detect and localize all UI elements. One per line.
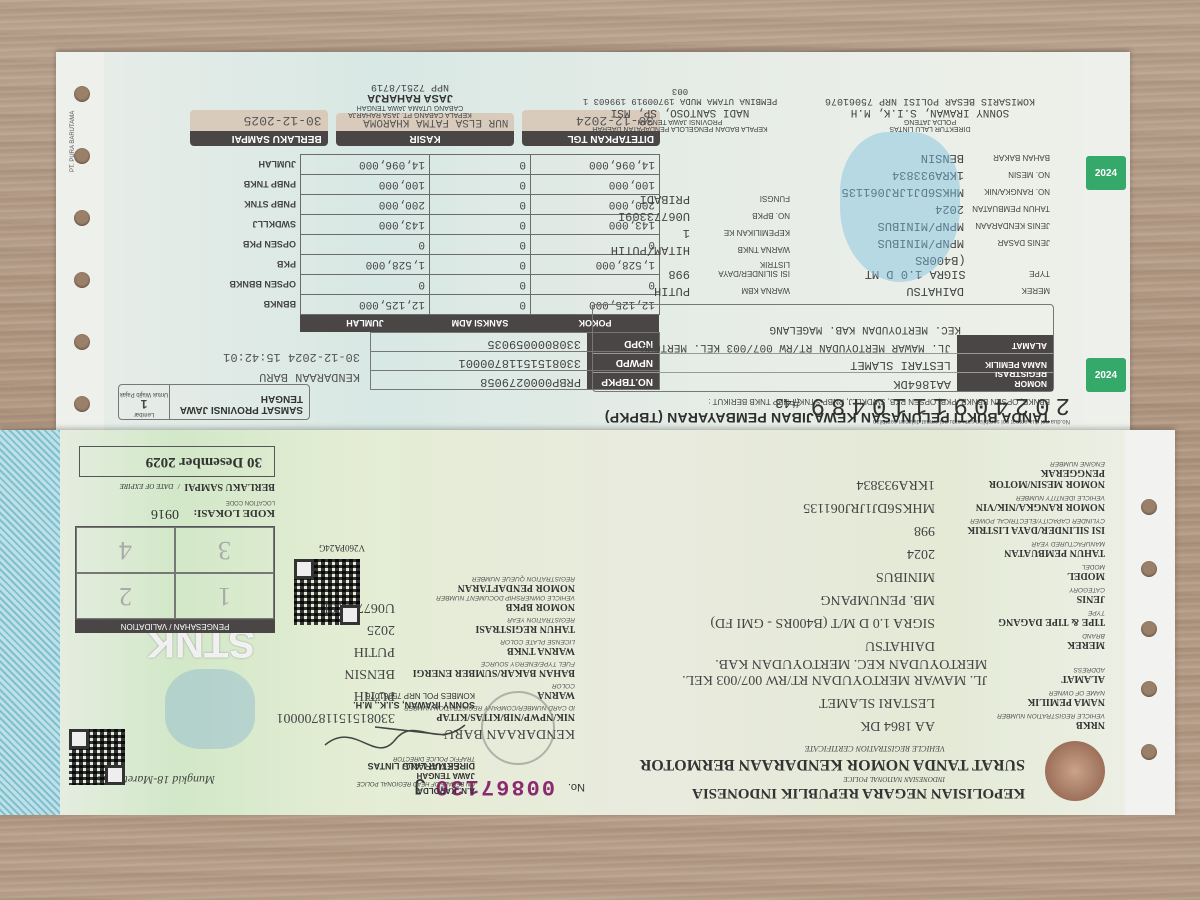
field-sublabel: REGISTRATION QUEUE NUMBER	[395, 575, 575, 582]
sig-on-behalf-en: ON BEHALF OF HEAD REGIONAL POLICE	[235, 780, 475, 786]
owner-box: NOMOR REGISTRASI AA1864DK NAMA PEMILIK L…	[592, 304, 1054, 392]
perforation-hole	[1141, 744, 1157, 760]
perforation-hole	[74, 272, 90, 288]
kasir-label: KASIR	[336, 131, 515, 146]
payment-cell-sanksi: 0	[430, 215, 531, 235]
field-value: 2025	[367, 621, 395, 637]
owner-label: NOMOR REGISTRASI	[957, 373, 1053, 391]
validation-block: PENGESAHAN / VALIDATION 1 2 3 4	[75, 526, 275, 633]
plate-number: AA1864DK	[893, 373, 957, 391]
tbpkp-subtitle: BBNKB, OPSEN BBNKB, PKB, OPSEN PKB, SWDK…	[708, 397, 1050, 406]
field-label: JENIS	[935, 593, 1105, 604]
field-label-wrap: NRKBVEHICLE REGISTRATION NUMBER	[935, 712, 1105, 730]
qr-code-text: V260PA24G	[319, 543, 365, 553]
field-value: MHKS6DJ1JRJ061135	[803, 499, 935, 515]
id-value: PRBP0000279058	[480, 371, 587, 389]
perforation-hole	[74, 334, 90, 350]
field-label-wrap: TIPE & TIPE DAGANGTYPE	[935, 609, 1105, 627]
sig-role: KEPALA CABANG PT. JASA RAHARJA	[230, 111, 590, 118]
sig-name: SONNY IRAWAN, S.I.K., M.H.	[235, 700, 475, 710]
field-value: AA 1864 DK	[860, 717, 935, 733]
field-label: KEPEMILIKAN KE	[690, 228, 790, 237]
field-label-wrap: TAHUN PEMBUATANMANUFACTURED YEAR	[935, 540, 1105, 558]
location-label: KODE LOKASI:	[193, 507, 275, 519]
security-pattern	[0, 430, 60, 815]
expire-label: BERLAKU SAMPAI	[184, 481, 275, 492]
field-sublabel: FUEL TYPE/ENERGY SOURCE	[395, 660, 575, 667]
payment-cell-jumlah: 0	[300, 275, 429, 295]
stnk-no-label: No.	[568, 781, 585, 793]
perforation-hole	[74, 396, 90, 412]
field-label-wrap: TYPE	[966, 269, 1050, 278]
stnk-certificate: KEPOLISIAN NEGARA REPUBLIK INDONESIA IND…	[0, 430, 1175, 815]
field-label: TIPE & TIPE DAGANG	[935, 616, 1105, 627]
payment-cell-sanksi: 0	[430, 255, 531, 275]
field-label-wrap: WARNA KBM	[690, 286, 790, 295]
field-row: NO. BPKBU06773309I	[590, 209, 790, 223]
printer-label: PT. PURA BARUTAMA	[70, 111, 76, 172]
field-label: NO. BPKB	[690, 211, 790, 220]
validation-box: 1	[175, 573, 274, 619]
korlantas-logo-icon	[165, 669, 255, 749]
tbpkp-title: TANDA BUKTI PELUNASAN KEWAJIBAN PEMBAYAR…	[605, 410, 1050, 426]
validation-label: PENGESAHAN / VALIDATION	[75, 620, 275, 633]
field-value: PUTIH	[354, 643, 395, 659]
field-label-wrap: NOMOR RANGKA/NIK/VINVEHICLE IDENTITY NUM…	[935, 494, 1105, 512]
tbpkp-side-strip: 2024 2024	[1082, 52, 1130, 432]
sig-org: CABANG UTAMA JAWA TENGAH	[230, 104, 590, 111]
perforation-hole	[1141, 621, 1157, 637]
field-label-wrap: NO. BPKB	[690, 211, 790, 220]
col-sanksi: SANKSI ADM	[430, 315, 531, 333]
payment-cell-jumlah: 143,000	[300, 215, 429, 235]
owner-label: NAMA PEMILIK	[957, 354, 1053, 372]
id-value: 3308000059035	[487, 333, 587, 351]
vehicle-fields-right: WARNA KBMPUTIHISI SILINDER/DAYA LISTRIK9…	[590, 189, 790, 298]
sig-role: KEPALA BADAN PENGELOLA PENDAPATAN DAERAH	[580, 125, 780, 132]
field-label-wrap: JENISCATEGORY	[935, 586, 1105, 604]
sig-name: NADI SANTOSO, SP, MSI	[580, 106, 780, 118]
field-row: BAHAN BAKAR/SUMBER ENERGIFUEL TYPE/ENERG…	[235, 660, 575, 681]
field-value: 998	[914, 522, 935, 538]
field-sublabel: ENGINE NUMBER	[935, 460, 1105, 467]
perforation-hole	[1141, 499, 1157, 515]
perforation-hole	[74, 210, 90, 226]
field-label: ISI SILINDER/DAYA LISTRIK	[935, 524, 1105, 535]
owner-address: JL. MAWAR MERTOYUDAN RT/RW 007/003 KEL. …	[641, 335, 957, 353]
owner-name: LESTARI SLAMET	[850, 354, 957, 372]
field-label-wrap: NAMA PEMILIKNAME OF OWNER	[935, 689, 1105, 707]
payment-cell-label: BBNKB	[171, 295, 301, 315]
jasa-raharja-logo: JASA RAHARJA	[230, 92, 590, 104]
tbpkp-perforation-strip: PT. PURA BARUTAMA	[56, 52, 104, 432]
field-label: NRKB	[935, 719, 1105, 730]
field-label-wrap: WARNA TNKB	[690, 245, 790, 254]
field-sublabel: VEHICLE OWNERSHIP DOCUMENT NUMBER	[395, 594, 575, 601]
police-emblem-icon	[1045, 741, 1105, 801]
sig-org: POLDA JATENG	[820, 118, 1040, 125]
field-label: TAHUN REGISTRASI	[395, 623, 575, 634]
payment-cell-label: PKB	[171, 255, 301, 275]
field-value: 2024	[907, 545, 935, 561]
location-sub: LOCATION CODE	[151, 499, 275, 505]
sig-role: DIREKTUR LALU LINTAS	[235, 761, 475, 771]
field-value: U06773309I	[618, 209, 690, 223]
field-row: FUNGSIPRIBADI	[590, 192, 790, 206]
field-sublabel: CYLINDER CAPACITY/ELECTRICAL POWER	[935, 517, 1105, 524]
field-value: JL. MAWAR MERTOYUDAN RT/RW 007/003 KEL. …	[585, 655, 987, 687]
field-row: NOMOR PENDAFTARANREGISTRATION QUEUE NUMB…	[235, 575, 575, 593]
samsat-name: SAMSAT PROVINSI JAWA TENGAH	[169, 385, 309, 419]
field-row: NAMA PEMILIKNAME OF OWNERLESTARI SLAMET	[585, 689, 1105, 710]
field-row: NRKBVEHICLE REGISTRATION NUMBERAA 1864 D…	[585, 712, 1105, 733]
perforation-hole	[1141, 681, 1157, 697]
field-value: PUTIH	[654, 284, 690, 298]
sig-rank: KOMISARIS BESAR POLISI NRP 75061076	[820, 95, 1040, 106]
field-label: NO. MESIN	[964, 170, 1050, 179]
sig-org: PROVINSI JAWA TENGAH	[580, 118, 780, 125]
payment-cell-jumlah: 100,000	[300, 175, 429, 195]
field-label-wrap: NO. MESIN	[964, 170, 1050, 179]
field-label-wrap: NOMOR MESIN/MOTOR PENGGERAKENGINE NUMBER	[935, 460, 1105, 489]
field-value: MB. PENUMPANG	[820, 591, 935, 607]
lembar-label: Lembar	[119, 411, 169, 417]
perforation-hole	[1141, 561, 1157, 577]
payment-cell-sanksi: 0	[430, 275, 531, 295]
stnk-perforation-strip	[1125, 430, 1175, 815]
field-label-wrap: TAHUN REGISTRASIREGISTRATION YEAR	[395, 616, 575, 634]
field-label: NOMOR PENDAFTARAN	[395, 582, 575, 593]
stnk-signatory: A.N. KAPOLDA ON BEHALF OF HEAD REGIONAL …	[235, 691, 475, 795]
field-label-wrap: WARNA TNKBLICENSE PLATE COLOR	[395, 638, 575, 656]
owner-row: NAMA PEMILIK LESTARI SLAMET	[593, 353, 1053, 372]
field-label-wrap: ISI SILINDER/DAYA LISTRIK	[690, 260, 790, 278]
field-value: BENSIN	[344, 665, 395, 681]
timestamp: 30-12-2024 15:42:01	[223, 350, 360, 364]
signature-jasaraharja: KEPALA CABANG PT. JASA RAHARJA CABANG UT…	[230, 56, 590, 118]
field-label-wrap: ISI SILINDER/DAYA LISTRIKCYLINDER CAPACI…	[935, 517, 1105, 535]
stnk-title-en: VEHICLE REGISTRATION CERTIFICATE	[805, 744, 945, 753]
stnk-institution-en: INDONESIAN NATIONAL POLICE	[843, 775, 945, 783]
field-label: TAHUN PEMBUATAN	[935, 547, 1105, 558]
location-code: 0916	[151, 506, 179, 521]
field-row: ISI SILINDER/DAYA LISTRIK998	[590, 260, 790, 281]
watermark-emblem	[840, 132, 960, 282]
field-sublabel: NAME OF OWNER	[935, 689, 1105, 696]
field-label: FUNGSI	[690, 194, 790, 203]
signature-scribble	[315, 715, 475, 755]
payment-cell-jumlah: 1,528,000	[300, 255, 429, 275]
validation-box: 3	[175, 527, 274, 573]
sig-region: JAWA TENGAH	[235, 771, 475, 780]
field-label-wrap: JENIS DASAR	[964, 238, 1050, 247]
field-row: ISI SILINDER/DAYA LISTRIKCYLINDER CAPACI…	[585, 517, 1105, 538]
field-value: LESTARI SLAMET	[819, 694, 935, 710]
field-label: WARNA TNKB	[395, 645, 575, 656]
field-label: NO. RANGKA/NIK	[964, 187, 1050, 196]
field-label: MEREK	[935, 639, 1105, 650]
year-tab: 2024	[1086, 156, 1126, 190]
sig-name: SONNY IRAWAN, S.I.K, M.H	[820, 106, 1040, 118]
field-label: BAHAN BAKAR	[964, 153, 1050, 162]
status-label: KENDARAAN BARU	[259, 370, 360, 384]
signature-dirlantas: DIREKTUR LALU LINTAS POLDA JATENG SONNY …	[820, 95, 1040, 132]
tbpkp-owner-section: TANDA BUKTI PELUNASAN KEWAJIBAN PEMBAYAR…	[580, 52, 1080, 432]
field-sublabel: COLOR	[395, 682, 575, 689]
field-value: SIGRA 1.0 D M/T (B400RS - GMI FD)	[710, 614, 935, 630]
field-row: NOMOR BPKBVEHICLE OWNERSHIP DOCUMENT NUM…	[235, 594, 575, 615]
lembar-number: 1	[119, 397, 169, 411]
field-label-wrap: ALAMATADDRESS	[987, 666, 1105, 684]
field-label: NOMOR BPKB	[395, 601, 575, 612]
field-row: NOMOR MESIN/MOTOR PENGGERAKENGINE NUMBER…	[585, 460, 1105, 492]
field-value: DAIHATSU	[906, 284, 964, 298]
perforation-hole	[74, 148, 90, 164]
payment-cell-label: PNBP TNKB	[171, 175, 301, 195]
field-label: JENIS KENDARAAN	[964, 221, 1050, 230]
field-label-wrap: MEREKBRAND	[935, 632, 1105, 650]
field-row: MEREKDAIHATSU	[810, 284, 1050, 298]
validation-box: 2	[76, 573, 175, 619]
field-row: TIPE & TIPE DAGANGTYPESIGRA 1.0 D M/T (B…	[585, 609, 1105, 630]
field-row: JENISCATEGORYMB. PENUMPANG	[585, 586, 1105, 607]
lembar-sub: Untuk Wajib Pajak	[119, 391, 169, 397]
payment-cell-label: OPSEN PKB	[171, 235, 301, 255]
expire-date: 30 Desember 2029	[79, 446, 275, 477]
field-label-wrap: MODELMODEL	[935, 563, 1105, 581]
field-label-wrap: NOMOR BPKBVEHICLE OWNERSHIP DOCUMENT NUM…	[395, 594, 575, 612]
owner-address-2: KEC. MERTOYUDAN KAB. MAGELANG	[593, 323, 1053, 335]
field-sublabel: REGISTRATION YEAR	[395, 616, 575, 623]
field-value: MINIBUS	[876, 568, 935, 584]
field-label-wrap: BAHAN BAKAR	[964, 153, 1050, 162]
field-label-wrap: MEREK	[964, 286, 1050, 295]
field-sublabel: MANUFACTURED YEAR	[935, 540, 1105, 547]
field-label: ALAMAT	[987, 673, 1105, 684]
field-label: TAHUN PEMBUATAN	[964, 204, 1050, 213]
field-value: HITAM/PUTIH	[611, 243, 690, 257]
payment-cell-sanksi: 0	[430, 175, 531, 195]
field-label-wrap: BAHAN BAKAR/SUMBER ENERGIFUEL TYPE/ENERG…	[395, 660, 575, 678]
field-label: JENIS DASAR	[964, 238, 1050, 247]
field-label: NOMOR MESIN/MOTOR PENGGERAK	[935, 467, 1105, 489]
field-sublabel: BRAND	[935, 632, 1105, 639]
expire-sub: DATE OF EXPIRE	[120, 482, 174, 490]
field-label: TYPE	[966, 269, 1050, 278]
field-row: TAHUN PEMBUATANMANUFACTURED YEAR2024	[585, 540, 1105, 561]
field-value: PRIBADI	[640, 192, 690, 206]
qr-code-small	[69, 729, 125, 785]
field-label-wrap: JENIS KENDARAAN	[964, 221, 1050, 230]
field-label-wrap: KEPEMILIKAN KE	[690, 228, 790, 237]
field-row: MODELMODELMINIBUS	[585, 563, 1105, 584]
year-tab: 2024	[1086, 358, 1126, 392]
berlaku-label: BERLAKU SAMPAI	[190, 131, 328, 146]
location-block: KODE LOKASI: 0916 LOCATION CODE	[151, 499, 275, 523]
payment-cell-label: SWDKLLJ	[171, 215, 301, 235]
payment-cell-jumlah: 0	[300, 235, 429, 255]
col-label	[171, 315, 301, 333]
stnk-fields-left: NRKBVEHICLE REGISTRATION NUMBERAA 1864 D…	[585, 458, 1105, 733]
field-row: MEREKBRANDDAIHATSU	[585, 632, 1105, 653]
payment-cell-jumlah: 200,000	[300, 195, 429, 215]
field-sublabel: VEHICLE IDENTITY NUMBER	[935, 494, 1105, 501]
official-stamp	[481, 691, 555, 765]
field-label: BAHAN BAKAR/SUMBER ENERGI	[395, 667, 575, 678]
payment-cell-sanksi: 0	[430, 195, 531, 215]
field-label: ISI SILINDER/DAYA LISTRIK	[690, 260, 790, 278]
sig-rank: KOMBES POL NRP 75061076	[235, 691, 475, 700]
field-label-wrap: FUNGSI	[690, 194, 790, 203]
owner-row: NOMOR REGISTRASI AA1864DK	[593, 372, 1053, 391]
field-value: 1KRA933834	[856, 476, 935, 492]
field-sublabel: LICENSE PLATE COLOR	[395, 638, 575, 645]
sig-role-en: TRAFFIC POLICE DIRECTOR	[235, 755, 475, 761]
field-label: NAMA PEMILIK	[935, 696, 1105, 707]
field-label: WARNA KBM	[690, 286, 790, 295]
col-jumlah: JUMLAH	[300, 315, 429, 333]
field-row: KEPEMILIKAN KE1	[590, 226, 790, 240]
field-label-wrap: NO. RANGKA/NIK	[964, 187, 1050, 196]
field-label: MEREK	[964, 286, 1050, 295]
stnk-title: SURAT TANDA NOMOR KENDARAAN BERMOTOR	[640, 755, 1025, 773]
field-sublabel: TYPE	[935, 609, 1105, 616]
payment-cell-sanksi: 0	[430, 235, 531, 255]
field-value: 998	[668, 267, 690, 281]
validation-box: 4	[76, 527, 175, 573]
payment-cell-jumlah: 14,096,000	[300, 155, 429, 175]
signature-bapenda: KEPALA BADAN PENGELOLA PENDAPATAN DAERAH…	[580, 86, 780, 132]
stnk-institution: KEPOLISIAN NEGARA REPUBLIK INDONESIA	[692, 784, 1025, 801]
field-value: 1	[683, 226, 690, 240]
perforation-hole	[74, 86, 90, 102]
payment-cell-sanksi: 0	[430, 295, 531, 315]
payment-cell-label: PNBP STNK	[171, 195, 301, 215]
validation-grid: 1 2 3 4	[75, 526, 275, 620]
owner-row: ALAMAT JL. MAWAR MERTOYUDAN RT/RW 007/00…	[593, 335, 1053, 353]
field-value: DAIHATSU	[865, 637, 935, 653]
field-row: WARNA TNKBLICENSE PLATE COLORPUTIH	[235, 638, 575, 659]
owner-label: ALAMAT	[957, 335, 1053, 353]
field-row: ALAMATADDRESSJL. MAWAR MERTOYUDAN RT/RW …	[585, 655, 1105, 687]
id-value: 33081515118700001	[459, 352, 587, 370]
field-sublabel: CATEGORY	[935, 586, 1105, 593]
sig-on-behalf: A.N. KAPOLDA	[235, 786, 475, 795]
field-row: WARNA TNKBHITAM/PUTIH	[590, 243, 790, 257]
sig-rank: PEMBINA UTAMA MUDA 19700919 199603 1 003	[580, 86, 780, 106]
field-label: WARNA TNKB	[690, 245, 790, 254]
sig-rank: NPP 7251/8719	[230, 81, 590, 92]
field-row: WARNA KBMPUTIH	[590, 284, 790, 298]
field-sublabel: ADDRESS	[987, 666, 1105, 673]
field-row: TAHUN REGISTRASIREGISTRATION YEAR2025	[235, 616, 575, 637]
field-label: MODEL	[935, 570, 1105, 581]
field-label-wrap: TAHUN PEMBUATAN	[964, 204, 1050, 213]
payment-cell-label: OPSEN BBNKB	[171, 275, 301, 295]
lembar-box: Lembar 1 Untuk Wajib Pajak	[119, 385, 169, 419]
expire-block: BERLAKU SAMPAI / DATE OF EXPIRE 30 Desem…	[79, 446, 275, 497]
payment-cell-jumlah: 12,125,000	[300, 295, 429, 315]
field-sublabel: MODEL	[935, 563, 1105, 570]
qr-code	[294, 559, 360, 625]
payment-cell-label: JUMLAH	[171, 155, 301, 175]
field-sublabel: VEHICLE REGISTRATION NUMBER	[935, 712, 1105, 719]
sig-role: DIREKTUR LALU LINTAS	[820, 125, 1040, 132]
samsat-box: SAMSAT PROVINSI JAWA TENGAH Lembar 1 Unt…	[118, 384, 310, 420]
field-label: NOMOR RANGKA/NIK/VIN	[935, 501, 1105, 512]
payment-cell-sanksi: 0	[430, 155, 531, 175]
field-label-wrap: NOMOR PENDAFTARANREGISTRATION QUEUE NUMB…	[395, 575, 575, 593]
field-row: NOMOR RANGKA/NIK/VINVEHICLE IDENTITY NUM…	[585, 494, 1105, 515]
